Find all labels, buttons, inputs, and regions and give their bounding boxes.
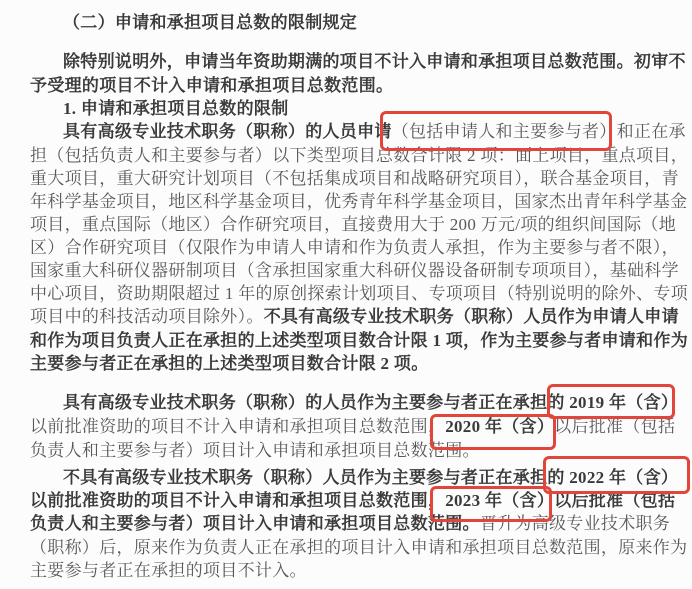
para-senior-line-5-seg-0: 项目，重点国际（地区）合作研究项目，直接费用大于 200 万元/项的组织间国际（… <box>30 215 676 234</box>
para-2019-line-3: 负责人和主要参与者）项目计入申请和承担项目总数范围。 <box>30 440 480 461</box>
para-general-line-1: 除特别说明外，申请当年资助期满的项目不计入申请和承担项目总数范围。初审不 <box>63 51 686 72</box>
para-2022-line-4-seg-0: （职称）后，原来作为负责人正在承担的项目计入申请和承担项目总数范围，原来作为 <box>30 538 687 557</box>
document-page: （二）申请和承担项目总数的限制规定除特别说明外，申请当年资助期满的项目不计入申请… <box>0 0 692 589</box>
section-1-title: 1. 申请和承担项目总数的限制 <box>63 98 289 119</box>
doc-heading-seg-0: （二）申请和承担项目总数的限制规定 <box>63 13 357 32</box>
para-senior-line-3: 重大项目，重大研究计划项目（不包括集成项目和战略研究项目），联合基金项目，青 <box>30 168 679 189</box>
para-senior-line-4-seg-0: 年科学基金项目，地区科学基金项目，优秀青年科学基金项目，国家杰出青年科学基金 <box>30 192 687 211</box>
para-senior-line-9-seg-1: 不具有高级专业技术职务（职称）人员作为申请人申请 <box>264 307 679 326</box>
para-senior-line-3-seg-0: 重大项目，重大研究计划项目（不包括集成项目和战略研究项目），联合基金项目，青 <box>30 169 679 188</box>
para-2022-line-3-seg-0: 负责人和主要参与者）项目计入申请和承担项目总数范围。 <box>30 514 480 533</box>
para-senior-line-10-seg-0: 和作为项目负责人正在承担的上述类型项目数合计限 1 项，作为主要参与者申请和作为 <box>30 331 688 350</box>
para-senior-line-6-seg-0: 区）合作研究项目（仅限作为申请人申请和作为负责人承担，作为主要参与者不限）， <box>30 238 679 257</box>
para-senior-line-8: 中心项目，资助期限超过 1 年的原创探索计划项目、专项项目（特别说明的除外、专项 <box>30 283 688 304</box>
para-2019-line-2-seg-0: 以前批准资助的项目不计入申请和承担项目总数范围， <box>30 417 445 436</box>
para-senior-line-11: 主要参与者正在承担的上述类型项目数合计限 2 项。 <box>30 353 429 374</box>
para-2019-line-2-seg-1: 2020 年（含） <box>445 417 554 436</box>
para-senior-line-1-seg-1: （包括申请人和主要参与者）和正在承 <box>392 122 686 141</box>
para-senior-line-1: 具有高级专业技术职务（职称）的人员申请（包括申请人和主要参与者）和正在承 <box>63 121 686 142</box>
para-general-line-2: 予受理的项目不计入申请和承担项目总数范围。 <box>30 75 393 96</box>
para-senior-line-9: 项目中的科技活动项目除外）。不具有高级专业技术职务（职称）人员作为申请人申请 <box>30 306 679 327</box>
para-senior-line-10: 和作为项目负责人正在承担的上述类型项目数合计限 1 项，作为主要参与者申请和作为 <box>30 330 688 351</box>
para-2022-line-5: 主要参与者正在承担的项目不计入。 <box>30 560 307 581</box>
section-1-title-seg-0: 1. 申请和承担项目总数的限制 <box>63 99 289 118</box>
para-senior-line-2: 担（包括负责人和主要参与者）以下类型项目总数合计限 2 项：面上项目，重点项目， <box>30 145 688 166</box>
para-2019-line-3-seg-0: 负责人和主要参与者）项目计入申请和承担项目总数范围。 <box>30 441 480 460</box>
para-general-line-2-seg-0: 予受理的项目不计入申请和承担项目总数范围。 <box>30 76 393 95</box>
para-2019-line-2-seg-2: 以后批准（包括 <box>554 417 675 436</box>
para-senior-line-4: 年科学基金项目，地区科学基金项目，优秀青年科学基金项目，国家杰出青年科学基金 <box>30 191 687 212</box>
para-2022-line-1-seg-0: 不具有高级专业技术职务（职称）人员作为主要参与者正在承担的 2022 年（含） <box>63 468 678 487</box>
doc-heading: （二）申请和承担项目总数的限制规定 <box>63 12 357 33</box>
para-2022-line-4: （职称）后，原来作为负责人正在承担的项目计入申请和承担项目总数范围，原来作为 <box>30 537 687 558</box>
para-senior-line-1-seg-0: 具有高级专业技术职务（职称）的人员申请 <box>63 122 392 141</box>
para-2019-line-2: 以前批准资助的项目不计入申请和承担项目总数范围，2020 年（含）以后批准（包括 <box>30 416 675 437</box>
para-senior-line-9-seg-0: 项目中的科技活动项目除外）。 <box>30 307 264 326</box>
para-senior-line-5: 项目，重点国际（地区）合作研究项目，直接费用大于 200 万元/项的组织间国际（… <box>30 214 676 235</box>
para-2019-line-1-seg-0: 具有高级专业技术职务（职称）的人员作为主要参与者正在承担的 2019 年（含） <box>63 393 678 412</box>
para-2022-line-1: 不具有高级专业技术职务（职称）人员作为主要参与者正在承担的 2022 年（含） <box>63 467 678 488</box>
para-general-line-1-seg-0: 除特别说明外，申请当年资助期满的项目不计入申请和承担项目总数范围。初审不 <box>63 52 686 71</box>
document-text-layer: （二）申请和承担项目总数的限制规定除特别说明外，申请当年资助期满的项目不计入申请… <box>0 0 692 589</box>
para-2022-line-2-seg-2: 以后批准（包括 <box>554 491 675 510</box>
para-2022-line-2: 以前批准资助的项目不计入申请和承担项目总数范围，2023 年（含）以后批准（包括 <box>30 490 675 511</box>
para-2022-line-3-seg-1: 晋升为高级专业技术职务 <box>480 514 670 533</box>
para-2022-line-2-seg-0: 以前批准资助的项目不计入申请和承担项目总数范围， <box>30 491 445 510</box>
para-2022-line-3: 负责人和主要参与者）项目计入申请和承担项目总数范围。晋升为高级专业技术职务 <box>30 513 670 534</box>
para-2022-line-2-seg-1: 2023 年（含） <box>445 491 554 510</box>
para-senior-line-2-seg-0: 担（包括负责人和主要参与者）以下类型项目总数合计限 2 项：面上项目，重点项目， <box>30 146 688 165</box>
para-senior-line-7-seg-0: 国家重大科研仪器研制项目（含承担国家重大科研仪器设备研制专项项目），基础科学 <box>30 261 679 280</box>
para-senior-line-8-seg-0: 中心项目，资助期限超过 1 年的原创探索计划项目、专项项目（特别说明的除外、专项 <box>30 284 688 303</box>
para-2022-line-5-seg-0: 主要参与者正在承担的项目不计入。 <box>30 561 307 580</box>
para-2019-line-1: 具有高级专业技术职务（职称）的人员作为主要参与者正在承担的 2019 年（含） <box>63 392 678 413</box>
para-senior-line-11-seg-0: 主要参与者正在承担的上述类型项目数合计限 2 项。 <box>30 354 429 373</box>
para-senior-line-7: 国家重大科研仪器研制项目（含承担国家重大科研仪器设备研制专项项目），基础科学 <box>30 260 679 281</box>
para-senior-line-6: 区）合作研究项目（仅限作为申请人申请和作为负责人承担，作为主要参与者不限）， <box>30 237 679 258</box>
